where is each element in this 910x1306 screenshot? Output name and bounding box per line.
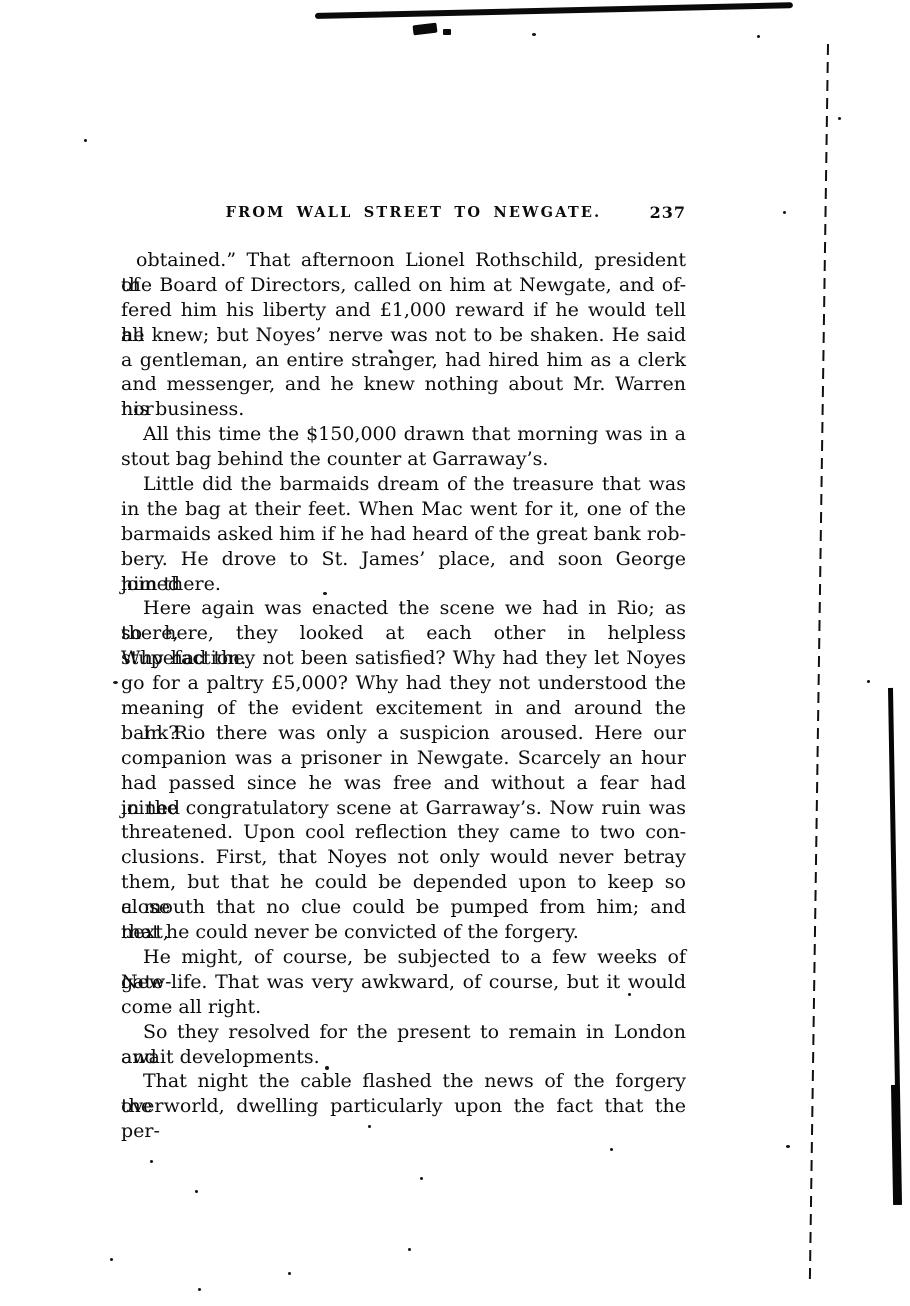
text-line: Little did the barmaids dream of the tre… (121, 472, 686, 497)
text-line: come all right. (121, 995, 686, 1020)
ink-speck (783, 211, 786, 214)
ink-speck (532, 33, 536, 36)
ink-speck (867, 680, 870, 683)
ink-speck (113, 681, 118, 684)
scan-artifact-gutter-line-thin (809, 44, 829, 1280)
text-line: the Board of Directors, called on him at… (121, 273, 686, 298)
ink-speck (288, 1272, 291, 1275)
text-line: In Rio there was only a suspicion arouse… (121, 721, 686, 746)
text-line: barmaids asked him if he had heard of th… (121, 522, 686, 547)
text-line: a mouth that no clue could be pumped fro… (121, 895, 686, 920)
text-line: the world, dwelling particularly upon th… (121, 1094, 686, 1119)
text-line: obtained.” That afternoon Lionel Rothsch… (121, 248, 686, 273)
text-line: companion was a prisoner in Newgate. Sca… (121, 746, 686, 771)
text-line: in the congratulatory scene at Garraway’… (121, 796, 686, 821)
ink-speck (408, 1248, 411, 1251)
ink-speck (610, 1148, 613, 1151)
ink-speck (84, 139, 87, 142)
text-line: He might, of course, be subjected to a f… (121, 945, 686, 970)
ink-speck (325, 1066, 329, 1070)
ink-speck (628, 993, 631, 996)
text-line: stout bag behind the counter at Garraway… (121, 447, 686, 472)
text-block: obtained.” That afternoon Lionel Rothsch… (121, 248, 686, 1119)
ink-speck (757, 35, 760, 38)
text-line: go for a paltry £5,000? Why had they not… (121, 671, 686, 696)
text-line: All this time the $150,000 drawn that mo… (121, 422, 686, 447)
text-line: and messenger, and he knew nothing about… (121, 372, 686, 397)
ink-speck (150, 1160, 153, 1163)
ink-speck (323, 592, 327, 595)
text-line: his business. (121, 397, 686, 422)
ink-speck (368, 1125, 371, 1128)
text-line: a gentleman, an entire stranger, had hir… (121, 348, 686, 373)
text-line: that he could never be convicted of the … (121, 920, 686, 945)
ink-speck (110, 1258, 113, 1261)
text-line: in the bag at their feet. When Mac went … (121, 497, 686, 522)
text-line: so here, they looked at each other in he… (121, 621, 686, 646)
text-line: So they resolved for the present to rema… (121, 1020, 686, 1045)
text-line: Here again was enacted the scene we had … (121, 596, 686, 621)
scan-artifact-ink-blob (412, 23, 437, 36)
text-line: him there. (121, 572, 686, 597)
text-line: await developments. (121, 1045, 686, 1070)
ink-speck (838, 117, 841, 120)
text-line: had passed since he was free and without… (121, 771, 686, 796)
text-line: That night the cable flashed the news of… (121, 1069, 686, 1094)
text-line: threatened. Upon cool reflection they ca… (121, 820, 686, 845)
text-line: bery. He drove to St. James’ place, and … (121, 547, 686, 572)
ink-speck (786, 1145, 790, 1148)
text-line: them, but that he could be depended upon… (121, 870, 686, 895)
scan-artifact-top-edge-line (315, 2, 793, 19)
running-title: FROM WALL STREET TO NEWGATE. (121, 204, 686, 221)
ink-speck (195, 1190, 198, 1193)
text-line: fered him his liberty and £1,000 reward … (121, 298, 686, 323)
text-line: Why had they not been satisfied? Why had… (121, 646, 686, 671)
text-line: clusions. First, that Noyes not only wou… (121, 845, 686, 870)
text-line: meaning of the evident excitement in and… (121, 696, 686, 721)
page-number: 237 (650, 203, 686, 222)
ink-speck (420, 1177, 423, 1180)
text-line: he knew; but Noyes’ nerve was not to be … (121, 323, 686, 348)
book-page-scan: FROM WALL STREET TO NEWGATE. 237 obtaine… (0, 0, 910, 1306)
scan-artifact-ink-blob (443, 29, 451, 35)
page-header: FROM WALL STREET TO NEWGATE. 237 (121, 204, 686, 224)
text-line: gate life. That was very awkward, of cou… (121, 970, 686, 995)
ink-speck (198, 1288, 201, 1291)
